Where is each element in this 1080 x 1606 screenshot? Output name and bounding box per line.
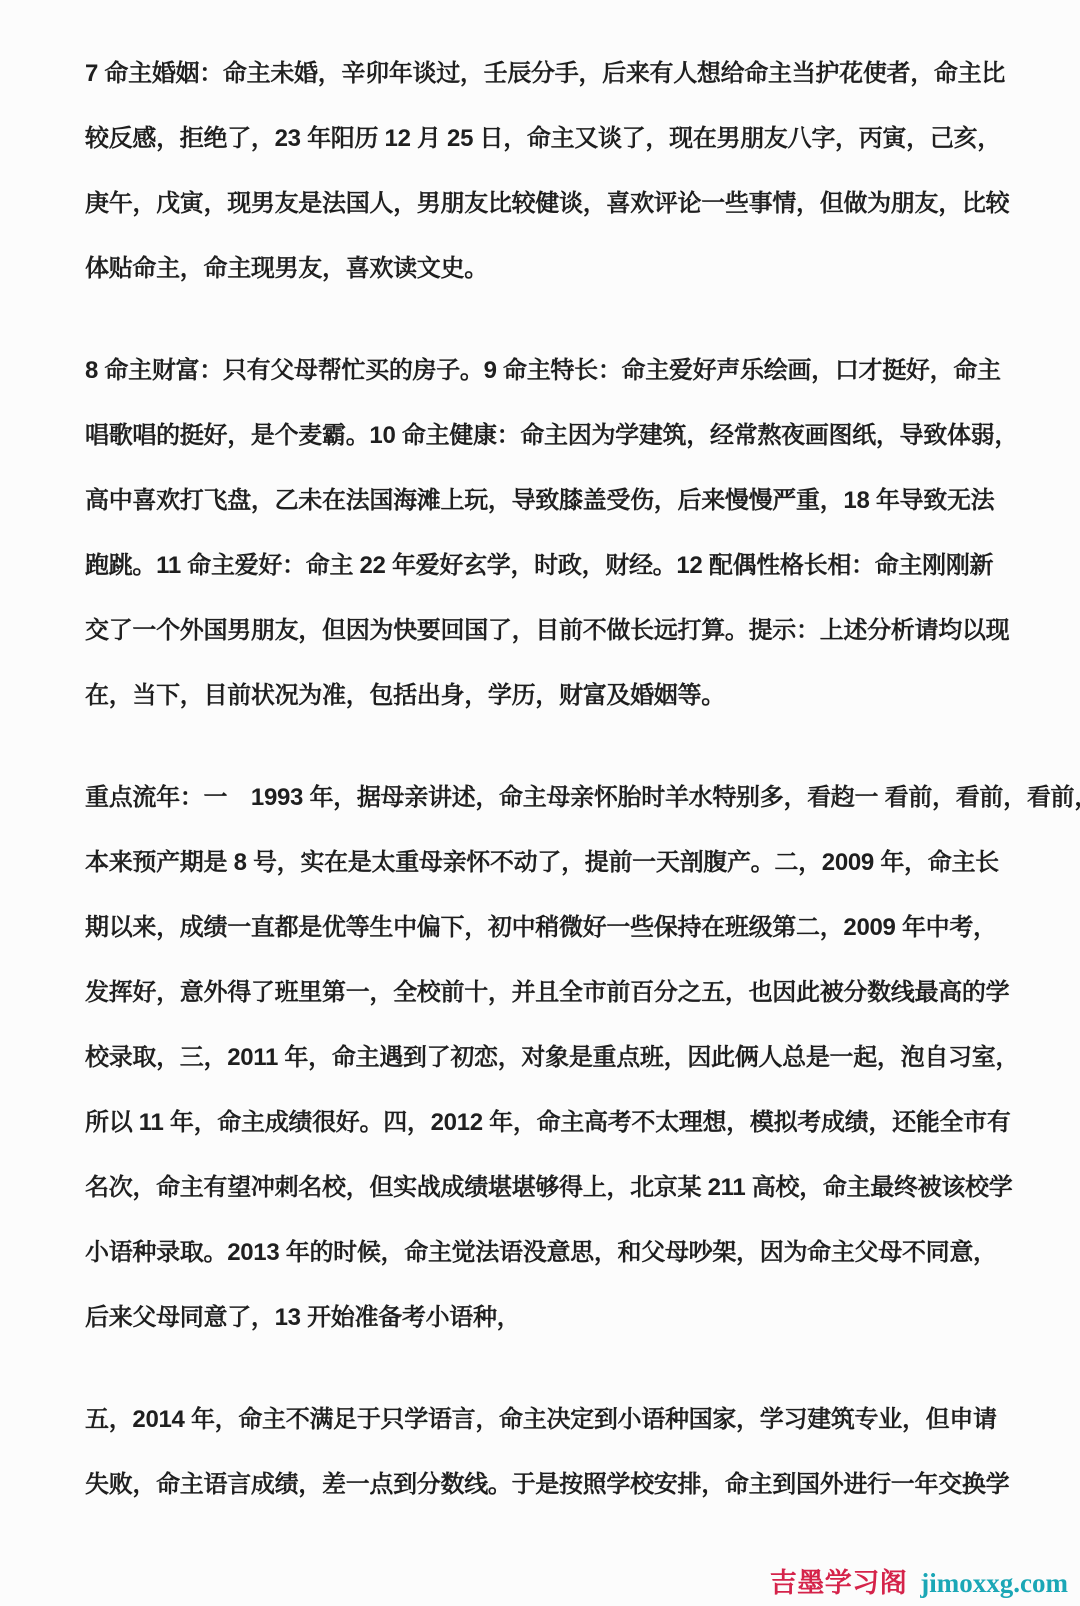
paragraph-7-marriage: 7 命主婚姻：命主未婚，辛卯年谈过，壬辰分手，后来有人想给命主当护花使者，命主比…	[85, 41, 1080, 301]
paragraph-year-2014: 五，2014 年，命主不满足于只学语言，命主决定到小语种国家，学习建筑专业，但申…	[85, 1387, 1080, 1517]
text-line: 体贴命主，命主现男友，喜欢读文史。	[85, 236, 1080, 301]
key-years-first-line: 1993 年，据母亲讲述，命主母亲怀胎时羊水特别多，看赹一 看前，看前，看前，看…	[227, 784, 1080, 811]
text-line: 重点流年：一 1993 年，据母亲讲述，命主母亲怀胎时羊水特别多，看赹一 看前，…	[85, 765, 1080, 830]
text-line: 后来父母同意了，13 开始准备考小语种，	[85, 1285, 1080, 1350]
paragraph-key-years: 重点流年：一 1993 年，据母亲讲述，命主母亲怀胎时羊水特别多，看赹一 看前，…	[85, 765, 1080, 1350]
watermark-site-name: 吉墨学习阁	[770, 1561, 908, 1600]
text-line: 在，当下，目前状况为准，包括出身，学历，财富及婚姻等。	[85, 663, 1080, 728]
text-line: 小语种录取。2013 年的时候，命主觉法语没意思，和父母吵架，因为命主父母不同意…	[85, 1220, 1080, 1285]
text-line: 较反感，拒绝了，23 年阳历 12 月 25 日，命主又谈了，现在男朋友八字，丙…	[85, 106, 1080, 171]
text-line: 本来预产期是 8 号，实在是太重母亲怀不动了，提前一天剖腹产。二，2009 年，…	[85, 830, 1080, 895]
text-line: 唱歌唱的挺好，是个麦霸。10 命主健康：命主因为学建筑，经常熬夜画图纸，导致体弱…	[85, 403, 1080, 468]
watermark-domain: jimoxxg.com	[920, 1568, 1068, 1599]
text-line: 发挥好，意外得了班里第一，全校前十，并且全市前百分之五，也因此被分数线最高的学	[85, 960, 1080, 1025]
text-line: 8 命主财富：只有父母帮忙买的房子。9 命主特长：命主爱好声乐绘画，口才挺好，命…	[85, 338, 1080, 403]
text-line: 五，2014 年，命主不满足于只学语言，命主决定到小语种国家，学习建筑专业，但申…	[85, 1387, 1080, 1452]
text-line: 交了一个外国男朋友，但因为快要回国了，目前不做长远打算。提示：上述分析请均以现	[85, 598, 1080, 663]
text-line: 名次，命主有望冲刺名校，但实战成绩堪堪够得上，北京某 211 高校，命主最终被该…	[85, 1155, 1080, 1220]
text-line: 所以 11 年，命主成绩很好。四，2012 年，命主高考不太理想，模拟考成绩，还…	[85, 1090, 1080, 1155]
text-line: 失败，命主语言成绩，差一点到分数线。于是按照学校安排，命主到国外进行一年交换学	[85, 1452, 1080, 1517]
watermark: 吉墨学习阁jimoxxg.com	[770, 1561, 1068, 1600]
text-line: 高中喜欢打飞盘，乙未在法国海滩上玩，导致膝盖受伤，后来慢慢严重，18 年导致无法	[85, 468, 1080, 533]
key-years-label: 重点流年：一	[85, 784, 227, 811]
text-line: 跑跳。11 命主爱好：命主 22 年爱好玄学，时政，财经。12 配偶性格长相：命…	[85, 533, 1080, 598]
text-line: 7 命主婚姻：命主未婚，辛卯年谈过，壬辰分手，后来有人想给命主当护花使者，命主比	[85, 41, 1080, 106]
text-line: 期以来，成绩一直都是优等生中偏下，初中稍微好一些保持在班级第二，2009 年中考…	[85, 895, 1080, 960]
paragraph-8-to-12-summary: 8 命主财富：只有父母帮忙买的房子。9 命主特长：命主爱好声乐绘画，口才挺好，命…	[85, 338, 1080, 728]
text-line: 校录取，三，2011 年，命主遇到了初恋，对象是重点班，因此俩人总是一起，泡自习…	[85, 1025, 1080, 1090]
document-page: 7 命主婚姻：命主未婚，辛卯年谈过，壬辰分手，后来有人想给命主当护花使者，命主比…	[85, 41, 1080, 1554]
text-line: 庚午，戊寅，现男友是法国人，男朋友比较健谈，喜欢评论一些事情，但做为朋友，比较	[85, 171, 1080, 236]
